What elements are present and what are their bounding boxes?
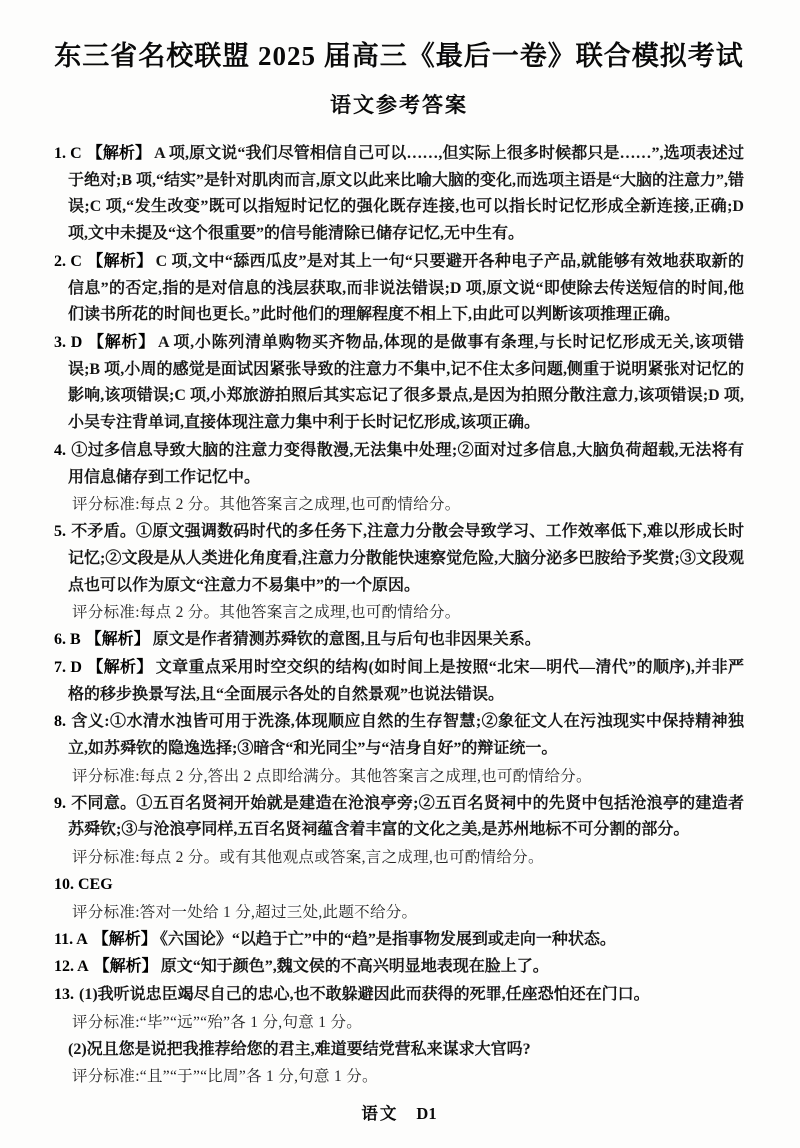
- question-number-and-answer: 11. A: [54, 931, 88, 948]
- answer-text: 《六国论》“以趋于亡”中的“趋”是指事物发展到或走向一种状态。: [160, 931, 616, 948]
- page-footer: 语文D1: [54, 1100, 744, 1130]
- answer-text: 原文“知于颜色”,魏文侯的不高兴明显地表现在脸上了。: [161, 958, 549, 975]
- answer-item-1: 1. C【解析】A 项,原文说“我们尽管相信自己可以……,但实际上很多时候都只是…: [54, 141, 744, 248]
- answer-item-4: 4.①过多信息导致大脑的注意力变得散漫,无法集中处理;②面对过多信息,大脑负荷超…: [54, 438, 744, 491]
- answer-item-6: 6. B【解析】原文是作者猜测苏舜钦的意图,且与后句也非因果关系。: [54, 627, 744, 654]
- answer-text: 含义:①水清水浊皆可用于洗涤,体现顺应自然的生存智慧;②象征文人在污浊现实中保持…: [68, 713, 744, 757]
- question-number-and-answer: 1. C: [54, 145, 82, 162]
- analysis-tag: 【解析】: [87, 334, 155, 351]
- answer-text: 原文是作者猜测苏舜钦的意图,且与后句也非因果关系。: [153, 631, 541, 648]
- question-number-and-answer: 8.: [54, 713, 66, 730]
- question-number-and-answer: 6. B: [54, 631, 81, 648]
- page-subtitle: 语文参考答案: [54, 89, 744, 119]
- question-number-and-answer: 4.: [54, 442, 66, 459]
- answer-text: A 项,原文说“我们尽管相信自己可以……,但实际上很多时候都只是……”,选项表述…: [68, 145, 744, 242]
- answer-text: (1)我听说忠臣竭尽自己的忠心,也不敢躲避因此而获得的死罪,任座恐怕还在门口。: [79, 986, 650, 1003]
- question-number-and-answer: 2. C: [54, 253, 82, 270]
- answer-text: 评分标准:每点 2 分,答出 2 点即给满分。其他答案言之成理,也可酌情给分。: [72, 768, 592, 785]
- answers-list: 1. C【解析】A 项,原文说“我们尽管相信自己可以……,但实际上很多时候都只是…: [54, 141, 744, 1090]
- page-title: 东三省名校联盟 2025 届高三《最后一卷》联合模拟考试: [54, 34, 744, 73]
- answer-text: ①过多信息导致大脑的注意力变得散漫,无法集中处理;②面对过多信息,大脑负荷超载,…: [68, 442, 744, 486]
- question-number-and-answer: 12. A: [54, 958, 89, 975]
- analysis-tag: 【解析】: [87, 145, 151, 162]
- answer-item-13: (2)况且您是说把我推荐给您的君主,难道要结党营私来谋求大官吗?: [68, 1037, 744, 1064]
- question-number-and-answer: 10. CEG: [54, 876, 113, 893]
- question-number-and-answer: 3. D: [54, 334, 82, 351]
- answer-text: 评分标准:“毕”“远”“殆”各 1 分,句意 1 分。: [72, 1014, 362, 1031]
- answer-item-11: 11. A【解析】《六国论》“以趋于亡”中的“趋”是指事物发展到或走向一种状态。: [54, 927, 744, 954]
- scoring-note-item-4: 评分标准:每点 2 分。其他答案言之成理,也可酌情给分。: [72, 492, 744, 518]
- answer-text: 评分标准:每点 2 分。其他答案言之成理,也可酌情给分。: [72, 604, 461, 621]
- question-number-and-answer: 13.: [54, 986, 74, 1003]
- answer-text: 评分标准:每点 2 分。其他答案言之成理,也可酌情给分。: [72, 496, 461, 513]
- question-number-and-answer: 7. D: [54, 659, 82, 676]
- analysis-tag: 【解析】: [86, 631, 150, 648]
- answer-text: 评分标准:“且”“于”“比周”各 1 分,句意 1 分。: [72, 1068, 378, 1085]
- answer-item-3: 3. D【解析】A 项,小陈列清单购物买齐物品,体现的是做事有条理,与长时记忆形…: [54, 330, 744, 437]
- answer-text: 不矛盾。①原文强调数码时代的多任务下,注意力分散会导致学习、工作效率低下,难以形…: [68, 523, 744, 593]
- answer-item-8: 8.含义:①水清水浊皆可用于洗涤,体现顺应自然的生存智慧;②象征文人在污浊现实中…: [54, 709, 744, 762]
- answer-text: 评分标准:答对一处给 1 分,超过三处,此题不给分。: [72, 904, 417, 921]
- analysis-tag: 【解析】: [94, 958, 158, 975]
- answer-sheet-page: 东三省名校联盟 2025 届高三《最后一卷》联合模拟考试 语文参考答案 1. C…: [0, 0, 800, 1148]
- footer-page-number: D1: [416, 1104, 436, 1123]
- scoring-note-item-13: 评分标准:“毕”“远”“殆”各 1 分,句意 1 分。: [72, 1010, 744, 1036]
- answer-text: 文章重点采用时空交织的结构(如时间上是按照“北宋—明代—清代”的顺序),并非严格…: [68, 659, 744, 703]
- answer-item-5: 5.不矛盾。①原文强调数码时代的多任务下,注意力分散会导致学习、工作效率低下,难…: [54, 519, 744, 599]
- answer-text: (2)况且您是说把我推荐给您的君主,难道要结党营私来谋求大官吗?: [68, 1041, 531, 1058]
- scoring-note-item-8: 评分标准:每点 2 分,答出 2 点即给满分。其他答案言之成理,也可酌情给分。: [72, 764, 744, 790]
- question-number-and-answer: 9.: [54, 795, 66, 812]
- answer-text: 不同意。①五百名贤祠开始就是建造在沧浪亭旁;②五百名贤祠中的先贤中包括沧浪亭的建…: [68, 795, 744, 839]
- answer-item-13: 13.(1)我听说忠臣竭尽自己的忠心,也不敢躲避因此而获得的死罪,任座恐怕还在门…: [54, 982, 744, 1009]
- scoring-note-item-10: 评分标准:答对一处给 1 分,超过三处,此题不给分。: [72, 900, 744, 926]
- answer-item-9: 9.不同意。①五百名贤祠开始就是建造在沧浪亭旁;②五百名贤祠中的先贤中包括沧浪亭…: [54, 791, 744, 844]
- answer-text: A 项,小陈列清单购物买齐物品,体现的是做事有条理,与长时记忆形成无关,该项错误…: [68, 334, 744, 431]
- answer-text: 评分标准:每点 2 分。或有其他观点或答案,言之成理,也可酌情给分。: [72, 849, 544, 866]
- footer-subject-label: 语文: [361, 1104, 398, 1123]
- analysis-tag: 【解析】: [93, 931, 157, 948]
- scoring-note-item-9: 评分标准:每点 2 分。或有其他观点或答案,言之成理,也可酌情给分。: [72, 845, 744, 871]
- analysis-tag: 【解析】: [87, 659, 153, 676]
- analysis-tag: 【解析】: [87, 253, 153, 270]
- answer-item-12: 12. A【解析】原文“知于颜色”,魏文侯的不高兴明显地表现在脸上了。: [54, 954, 744, 981]
- answer-text: C 项,文中“舔西瓜皮”是对其上一句“只要避开各种电子产品,就能够有效地获取新的…: [68, 253, 744, 323]
- question-number-and-answer: 5.: [54, 523, 66, 540]
- answer-item-10: 10. CEG: [54, 872, 744, 899]
- answer-item-2: 2. C【解析】C 项,文中“舔西瓜皮”是对其上一句“只要避开各种电子产品,就能…: [54, 249, 744, 329]
- scoring-note-item-13: 评分标准:“且”“于”“比周”各 1 分,句意 1 分。: [72, 1064, 744, 1090]
- scoring-note-item-5: 评分标准:每点 2 分。其他答案言之成理,也可酌情给分。: [72, 600, 744, 626]
- answer-item-7: 7. D【解析】文章重点采用时空交织的结构(如时间上是按照“北宋—明代—清代”的…: [54, 655, 744, 708]
